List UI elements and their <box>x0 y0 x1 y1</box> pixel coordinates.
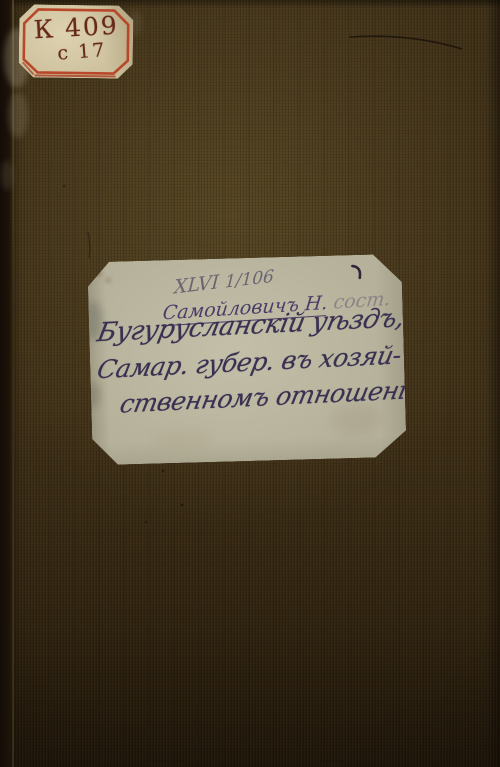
catalog-fraction: 1/106 <box>224 267 274 293</box>
stain <box>331 404 382 435</box>
book-cover-photo: К 409 с 17 XLVI 1/106 Самойловичъ Н. сос… <box>0 0 500 767</box>
stain <box>152 429 213 451</box>
stain <box>106 278 111 283</box>
ink-pen-mark <box>349 263 365 281</box>
wear-patch <box>8 92 28 138</box>
call-number-label: К 409 с 17 <box>18 4 133 79</box>
catalog-number: XLVI 1/106 <box>173 265 274 299</box>
catalog-roman: XLVI <box>173 271 219 298</box>
wear-patch <box>1 160 13 190</box>
book-cover: К 409 с 17 XLVI 1/106 Самойловичъ Н. сос… <box>0 0 500 767</box>
title-label: XLVI 1/106 Самойловичъ Н. сост. Бугурусл… <box>87 254 407 466</box>
